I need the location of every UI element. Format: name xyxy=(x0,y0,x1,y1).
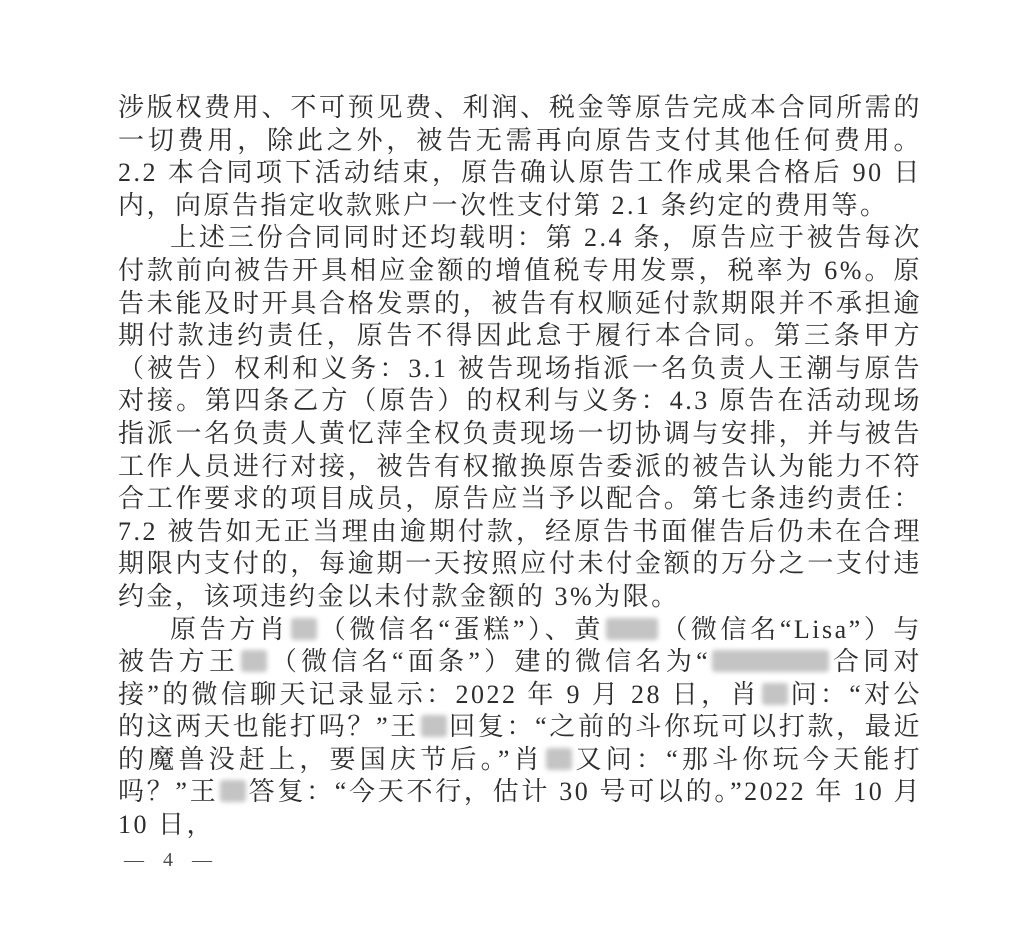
redaction-block xyxy=(762,683,788,705)
text-run: 上述三份合同同时还均载明：第 2.4 条，原告应于被告每次付款前向被告开具相应金… xyxy=(118,223,922,611)
text-run: （微信名“面条”）建的微信名为“ xyxy=(269,647,710,676)
redaction-block xyxy=(291,618,317,640)
page-number: — 4 — xyxy=(124,849,214,872)
text-run: （微信名“蛋糕”）、黄 xyxy=(319,615,604,644)
document-body: 涉版权费用、不可预见费、利润、税金等原告完成本合同所需的一切费用，除此之外，被告… xyxy=(118,92,922,842)
redaction-block xyxy=(220,780,246,802)
paragraph-contract-terms-clause: 上述三份合同同时还均载明：第 2.4 条，原告应于被告每次付款前向被告开具相应金… xyxy=(118,222,922,613)
redaction-block xyxy=(241,650,267,672)
scanned-court-document-page: 涉版权费用、不可预见费、利润、税金等原告完成本合同所需的一切费用，除此之外，被告… xyxy=(0,0,1024,934)
redaction-block xyxy=(606,618,658,640)
paragraph-wechat-chat-records: 原告方肖（微信名“蛋糕”）、黄（微信名“Lisa”）与被告方王（微信名“面条”）… xyxy=(118,614,922,842)
paragraph-contract-payment-clause: 涉版权费用、不可预见费、利润、税金等原告完成本合同所需的一切费用，除此之外，被告… xyxy=(118,92,922,222)
redaction-block xyxy=(546,748,572,770)
text-run: 涉版权费用、不可预见费、利润、税金等原告完成本合同所需的一切费用，除此之外，被告… xyxy=(118,93,922,220)
redaction-block xyxy=(421,715,447,737)
redaction-block xyxy=(712,650,829,672)
text-run: 原告方肖 xyxy=(170,615,289,644)
